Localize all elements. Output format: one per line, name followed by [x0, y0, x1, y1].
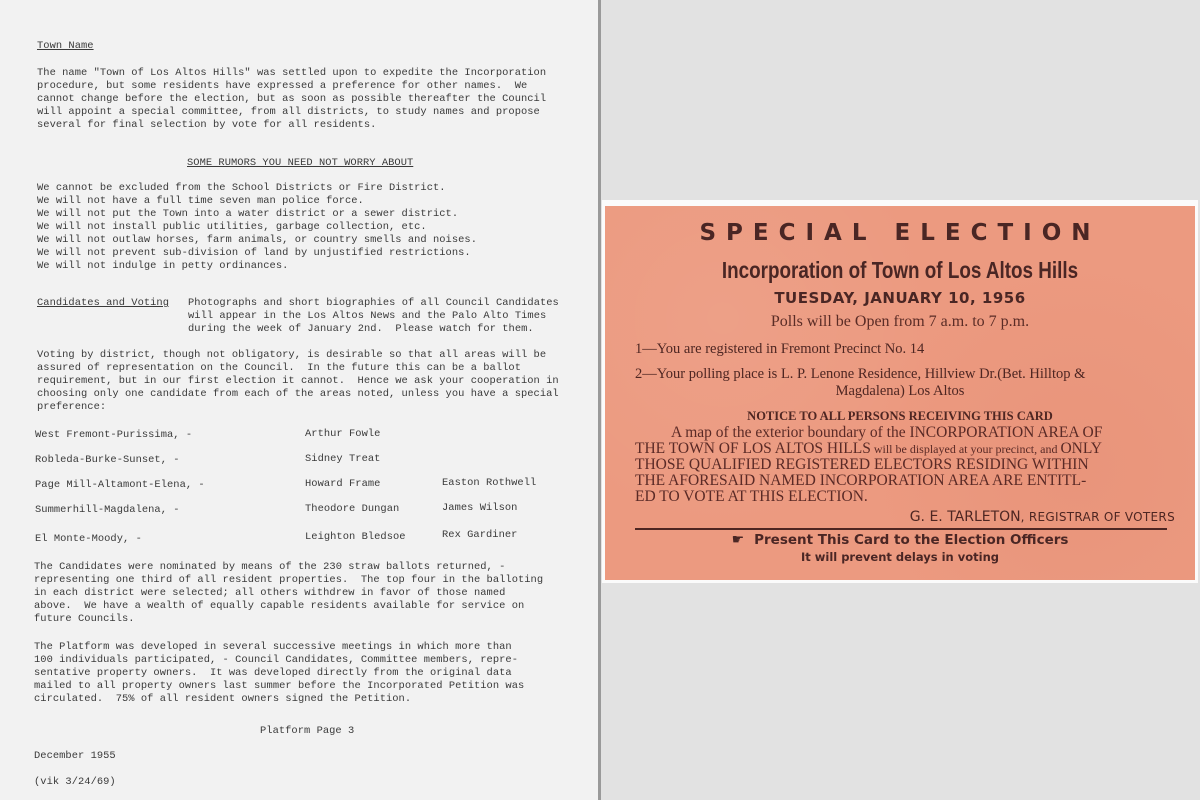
- rumor-item: We will not put the Town into a water di…: [37, 208, 458, 221]
- notice-segment: will be displayed at your precinct, and: [871, 442, 1061, 456]
- district-name: Robleda-Burke-Sunset, -: [35, 454, 180, 467]
- notice-heading: NOTICE TO ALL PERSONS RECEIVING THIS CAR…: [605, 409, 1195, 424]
- paragraph-line: requirement, but in our first election i…: [37, 375, 559, 388]
- archive-annotation: (vik 3/24/69): [34, 776, 116, 789]
- polling-place-continued: Magdalena) Los Altos: [605, 383, 1195, 400]
- candidate-name: Howard Frame: [305, 478, 380, 491]
- rumor-item: We will not prevent sub-division of land…: [37, 247, 471, 260]
- candidate-name: Arthur Fowle: [305, 428, 380, 441]
- present-text: Present This Card to the Election Office…: [754, 532, 1068, 548]
- paragraph-line: assured of representation on the Council…: [37, 362, 521, 375]
- paragraph-line: Voting by district, though not obligator…: [37, 349, 546, 362]
- paragraph-line: circulated. 75% of all resident owners s…: [34, 693, 411, 706]
- candidate-name: James Wilson: [442, 502, 517, 515]
- pointing-hand-icon: ☛: [732, 532, 745, 548]
- notice-segment: ONLY: [1060, 440, 1102, 457]
- paragraph-line: future Councils.: [34, 613, 135, 626]
- paragraph-line: representing one third of all resident p…: [34, 574, 543, 587]
- notice-text: A map of the exterior boundary of the IN…: [635, 425, 1165, 505]
- notice-line: ED TO VOTE AT THIS ELECTION.: [635, 489, 1165, 505]
- delay-note: It will prevent delays in voting: [605, 550, 1195, 564]
- rumor-item: We will not have a full time seven man p…: [37, 195, 364, 208]
- rumor-item: We will not outlaw horses, farm animals,…: [37, 234, 477, 247]
- paragraph-line: sentative property owners. It was develo…: [34, 667, 512, 680]
- registrar-name: G. E. TARLETON: [910, 509, 1021, 525]
- candidate-name: Theodore Dungan: [305, 503, 399, 516]
- polls-hours: Polls will be Open from 7 a.m. to 7 p.m.: [605, 313, 1195, 331]
- present-card-instruction: ☛Present This Card to the Election Offic…: [605, 532, 1195, 548]
- notice-line: A map of the exterior boundary of the IN…: [635, 425, 1165, 441]
- paragraph-line: Photographs and short biographies of all…: [188, 297, 559, 310]
- card-rule: [635, 528, 1167, 530]
- notice-line: THE TOWN OF LOS ALTOS HILLS will be disp…: [635, 441, 1165, 457]
- paragraph-line: will appoint a special committee, from a…: [37, 106, 540, 119]
- town-name-heading: Town Name: [37, 40, 94, 53]
- document-date: December 1955: [34, 750, 116, 763]
- paragraph-line: several for final selection by vote for …: [37, 119, 376, 132]
- candidate-name: Rex Gardiner: [442, 529, 517, 542]
- election-card: SPECIAL ELECTION Incorporation of Town o…: [605, 206, 1195, 580]
- paragraph-line: in each district were selected; all othe…: [34, 587, 505, 600]
- paragraph-line: above. We have a wealth of equally capab…: [34, 600, 524, 613]
- candidate-name: Leighton Bledsoe: [305, 531, 406, 544]
- registrar-title: , REGISTRAR OF VOTERS: [1021, 510, 1175, 524]
- district-name: Summerhill-Magdalena, -: [35, 504, 180, 517]
- rumors-heading: SOME RUMORS YOU NEED NOT WORRY ABOUT: [187, 157, 413, 170]
- card-subtitle: Incorporation of Town of Los Altos Hills: [658, 257, 1142, 284]
- paragraph-line: 100 individuals participated, - Council …: [34, 654, 518, 667]
- notice-line: THOSE QUALIFIED REGISTERED ELECTORS RESI…: [635, 457, 1165, 473]
- paragraph-line: preference:: [37, 401, 106, 414]
- panel-divider: [598, 0, 601, 800]
- registration-precinct: 1—You are registered in Fremont Precinct…: [635, 341, 1200, 358]
- district-name: Page Mill-Altamont-Elena, -: [35, 479, 205, 492]
- district-name: West Fremont-Purissima, -: [35, 429, 192, 442]
- paragraph-line: cannot change before the election, but a…: [37, 93, 546, 106]
- notice-segment: THE TOWN OF LOS ALTOS HILLS: [635, 440, 871, 457]
- page-label: Platform Page 3: [260, 725, 354, 738]
- card-title: SPECIAL ELECTION: [605, 220, 1195, 246]
- paragraph-line: choosing only one candidate from each of…: [37, 388, 559, 401]
- paragraph-line: The Platform was developed in several su…: [34, 641, 512, 654]
- election-date: TUESDAY, JANUARY 10, 1956: [605, 289, 1195, 307]
- typewritten-document-page: Town Name The name "Town of Los Altos Hi…: [0, 0, 598, 800]
- polling-place: 2—Your polling place is L. P. Lenone Res…: [635, 366, 1200, 383]
- candidate-name: Easton Rothwell: [442, 477, 536, 490]
- rumor-item: We cannot be excluded from the School Di…: [37, 182, 446, 195]
- paragraph-line: during the week of January 2nd. Please w…: [188, 323, 534, 336]
- paragraph-line: procedure, but some residents have expre…: [37, 80, 527, 93]
- notice-line: THE AFORESAID NAMED INCORPORATION AREA A…: [635, 473, 1165, 489]
- rumor-item: We will not indulge in petty ordinances.: [37, 260, 288, 273]
- registrar-signature: G. E. TARLETON, REGISTRAR OF VOTERS: [605, 509, 1175, 525]
- candidate-name: Sidney Treat: [305, 453, 380, 466]
- paragraph-line: The Candidates were nominated by means o…: [34, 561, 505, 574]
- rumor-item: We will not install public utilities, ga…: [37, 221, 427, 234]
- paragraph-line: The name "Town of Los Altos Hills" was s…: [37, 67, 546, 80]
- paragraph-line: will appear in the Los Altos News and th…: [188, 310, 546, 323]
- district-name: El Monte-Moody, -: [35, 533, 142, 546]
- candidates-heading: Candidates and Voting: [37, 297, 169, 310]
- paragraph-line: mailed to all property owners last summe…: [34, 680, 524, 693]
